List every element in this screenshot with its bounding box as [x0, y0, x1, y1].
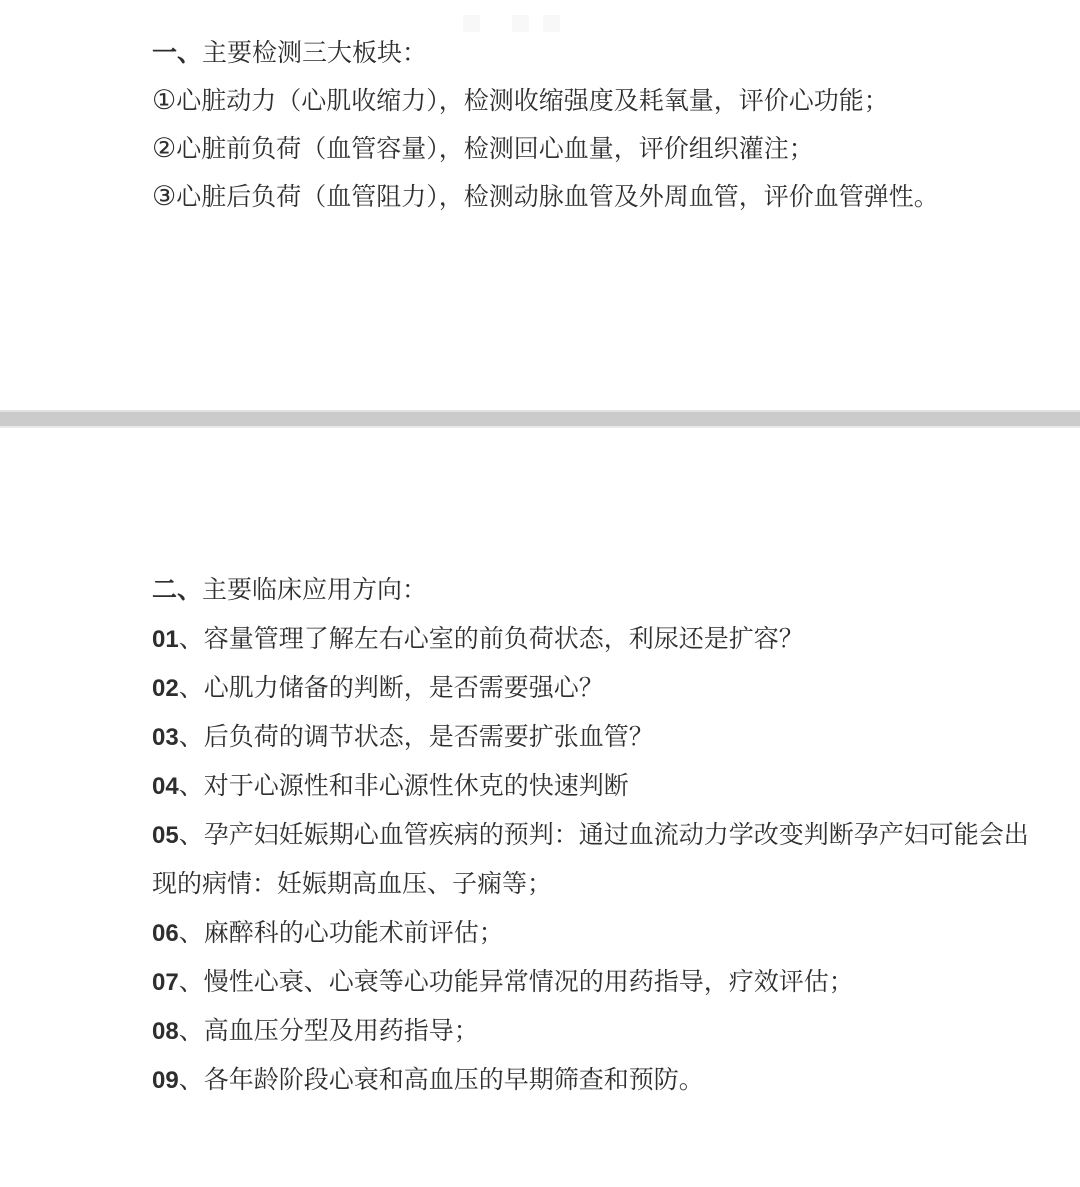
list-item: ②心脏前负荷（血管容量），检测回心血量，评价组织灌注；	[152, 125, 1042, 173]
list-item: ③心脏后负荷（血管阻力），检测动脉血管及外周血管，评价血管弹性。	[152, 173, 1042, 221]
section-detection-blocks: 一、主要检测三大板块： ①心脏动力（心肌收缩力），检测收缩强度及耗氧量，评价心功…	[152, 30, 1042, 221]
item-delimiter: 、	[179, 724, 204, 751]
section1-heading-title: 主要检测三大板块：	[202, 40, 427, 67]
list-item-text: 容量管理了解左右心室的前负荷状态，利尿还是扩容？	[204, 626, 804, 653]
section-divider	[0, 410, 1080, 428]
section2-heading-title: 主要临床应用方向：	[202, 577, 427, 604]
list-item-text: 各年龄阶段心衰和高血压的早期筛查和预防。	[204, 1067, 704, 1094]
list-item-text: 对于心源性和非心源性休克的快速判断	[204, 773, 629, 800]
list-item-text: 心脏动力（心肌收缩力），检测收缩强度及耗氧量，评价心功能；	[176, 88, 889, 115]
item-number: 02	[152, 675, 179, 702]
item-delimiter: 、	[179, 1018, 204, 1045]
list-item: 02、心肌力储备的判断，是否需要强心？	[152, 664, 1032, 713]
item-delimiter: 、	[179, 822, 204, 849]
item-number: 03	[152, 724, 179, 751]
list-item: 05、孕产妇妊娠期心血管疾病的预判：通过血流动力学改变判断孕产妇可能会出现的病情…	[152, 811, 1032, 909]
list-item-text: 高血压分型及用药指导；	[204, 1018, 479, 1045]
item-delimiter: 、	[179, 969, 204, 996]
list-item: 09、各年龄阶段心衰和高血压的早期筛查和预防。	[152, 1056, 1032, 1105]
list-item-text: 麻醉科的心功能术前评估；	[204, 920, 504, 947]
list-item: 03、后负荷的调节状态，是否需要扩张血管？	[152, 713, 1032, 762]
list-item-text: 后负荷的调节状态，是否需要扩张血管？	[204, 724, 654, 751]
circled-three-icon: ③	[152, 181, 176, 211]
list-item: ①心脏动力（心肌收缩力），检测收缩强度及耗氧量，评价心功能；	[152, 77, 1042, 125]
item-delimiter: 、	[179, 675, 204, 702]
circled-one-icon: ①	[152, 85, 176, 115]
section1-heading: 一、主要检测三大板块：	[152, 30, 1042, 77]
list-item: 01、容量管理了解左右心室的前负荷状态，利尿还是扩容？	[152, 615, 1032, 664]
item-number: 09	[152, 1067, 179, 1094]
item-number: 08	[152, 1018, 179, 1045]
section-clinical-applications: 二、主要临床应用方向： 01、容量管理了解左右心室的前负荷状态，利尿还是扩容？ …	[152, 566, 1032, 1105]
list-item-text: 孕产妇妊娠期心血管疾病的预判：通过血流动力学改变判断孕产妇可能会出现的病情：妊娠…	[152, 822, 1029, 898]
item-delimiter: 、	[179, 920, 204, 947]
item-number: 07	[152, 969, 179, 996]
item-number: 04	[152, 773, 179, 800]
item-number: 05	[152, 822, 179, 849]
section2-heading: 二、主要临床应用方向：	[152, 566, 1032, 615]
list-item: 08、高血压分型及用药指导；	[152, 1007, 1032, 1056]
list-item-text: 心肌力储备的判断，是否需要强心？	[204, 675, 604, 702]
item-number: 01	[152, 626, 179, 653]
list-item: 07、慢性心衰、心衰等心功能异常情况的用药指导，疗效评估；	[152, 958, 1032, 1007]
section2-heading-marker: 二、	[152, 577, 202, 604]
list-item-text: 心脏前负荷（血管容量），检测回心血量，评价组织灌注；	[176, 136, 814, 163]
item-number: 06	[152, 920, 179, 947]
list-item: 04、对于心源性和非心源性休克的快速判断	[152, 762, 1032, 811]
item-delimiter: 、	[179, 626, 204, 653]
section1-heading-marker: 一、	[152, 40, 202, 67]
item-delimiter: 、	[179, 1067, 204, 1094]
list-item: 06、麻醉科的心功能术前评估；	[152, 909, 1032, 958]
list-item-text: 心脏后负荷（血管阻力），检测动脉血管及外周血管，评价血管弹性。	[176, 184, 939, 211]
list-item-text: 慢性心衰、心衰等心功能异常情况的用药指导，疗效评估；	[204, 969, 854, 996]
circled-two-icon: ②	[152, 133, 176, 163]
item-delimiter: 、	[179, 773, 204, 800]
